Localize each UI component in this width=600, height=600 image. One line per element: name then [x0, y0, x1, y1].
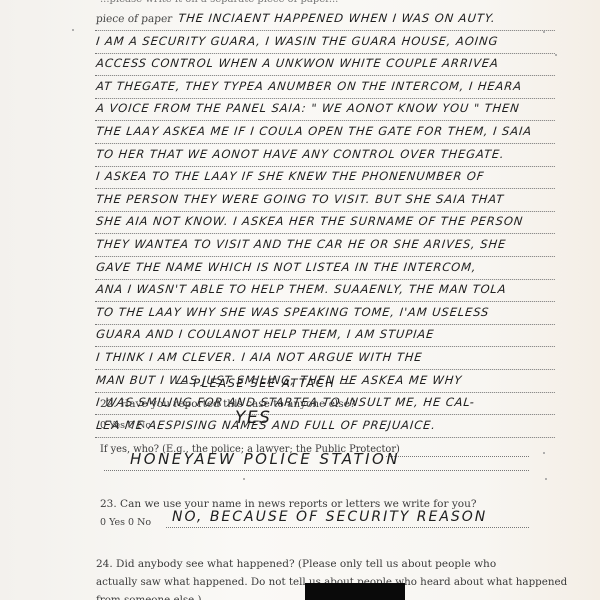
- q22-yes-no-options[interactable]: 0 Yes 0 No: [100, 420, 151, 431]
- narrative-line: THEY WANTEA TO VISIT AND THE CAR HE OR S…: [95, 234, 557, 257]
- narrative-line: I AM A SECURITY GUARA, I WASIN THE GUARA…: [95, 31, 557, 54]
- printed-prefix: piece of paper: [95, 13, 172, 25]
- narrative-line: THE PERSON THEY WERE GOING TO VISIT. BUT…: [95, 189, 557, 212]
- incident-narrative: piece of paperTHE INCIAENT HAPPENED WHEN…: [96, 8, 556, 437]
- please-see-attachment-note: — PLEASE SEE ATTACH —: [175, 376, 354, 390]
- narrative-line: I ASKEA TO THE LAAY IF SHE KNEW THE PHON…: [95, 166, 557, 189]
- narrative-line: A VOICE FROM THE PANEL SAIA: " WE AONOT …: [95, 98, 557, 121]
- question-24-line-3: from someone else.): [96, 594, 202, 600]
- narrative-line: TO HER THAT WE AONOT HAVE ANY CONTROL OV…: [95, 144, 557, 167]
- question-number: 24.: [96, 558, 113, 570]
- narrative-line: THE LAAY ASKEA ME IF I COULA OPEN THE GA…: [95, 121, 557, 144]
- question-number: 22.: [100, 398, 117, 410]
- cut-off-printed-line: ...please write it on a separate piece o…: [100, 0, 540, 4]
- q22-answer: YES: [235, 408, 271, 428]
- scanned-form-page: ...please write it on a separate piece o…: [0, 0, 600, 600]
- narrative-line: piece of paperTHE INCIAENT HAPPENED WHEN…: [95, 8, 557, 31]
- q23-answer[interactable]: NO, BECAUSE OF SECURITY REASON: [172, 509, 487, 525]
- question-number: 23.: [100, 498, 117, 510]
- paper-speck: [543, 31, 545, 33]
- redaction-block: [305, 583, 405, 600]
- narrative-line: SHE AIA NOT KNOW. I ASKEA HER THE SURNAM…: [95, 211, 557, 234]
- narrative-line: LEA ME AESPISING NAMES AND FULL OF PREJU…: [95, 415, 557, 438]
- narrative-line: GUARA AND I COULANOT HELP THEM, I AM STU…: [95, 324, 557, 347]
- narrative-line: GAVE THE NAME WHICH IS NOT LISTEA IN THE…: [95, 257, 557, 280]
- narrative-line: AT THEGATE, THEY TYPEA ANUMBER ON THE IN…: [95, 76, 557, 99]
- paper-speck: [72, 29, 74, 31]
- paper-speck: [543, 452, 545, 454]
- question-22: 22. Have you reported this case to anyon…: [100, 398, 356, 410]
- narrative-line: I THINK I AM CLEVER. I AIA NOT ARGUE WIT…: [95, 347, 557, 370]
- paper-speck: [545, 478, 547, 480]
- question-text: Did anybody see what happened? (Please o…: [116, 558, 496, 570]
- paper-speck: [243, 478, 245, 480]
- narrative-line: TO THE LAAY WHY SHE WAS SPEAKING TOME, I…: [95, 302, 557, 325]
- question-24: 24. Did anybody see what happened? (Plea…: [96, 558, 496, 570]
- q22-followup-line-2: [104, 470, 529, 471]
- narrative-line: ANA I WASN'T ABLE TO HELP THEM. SUAAENLY…: [95, 279, 557, 302]
- q22-followup-answer[interactable]: HONEYAEW POLICE STATION: [130, 450, 400, 468]
- q22-followup-line-1: [386, 456, 529, 457]
- narrative-line: ACCESS CONTROL WHEN A UNKWON WHITE COUPL…: [95, 53, 557, 76]
- q23-yes-no-options[interactable]: 0 Yes 0 No: [100, 517, 151, 528]
- paper-speck: [555, 54, 557, 56]
- q23-answer-line: [166, 527, 529, 528]
